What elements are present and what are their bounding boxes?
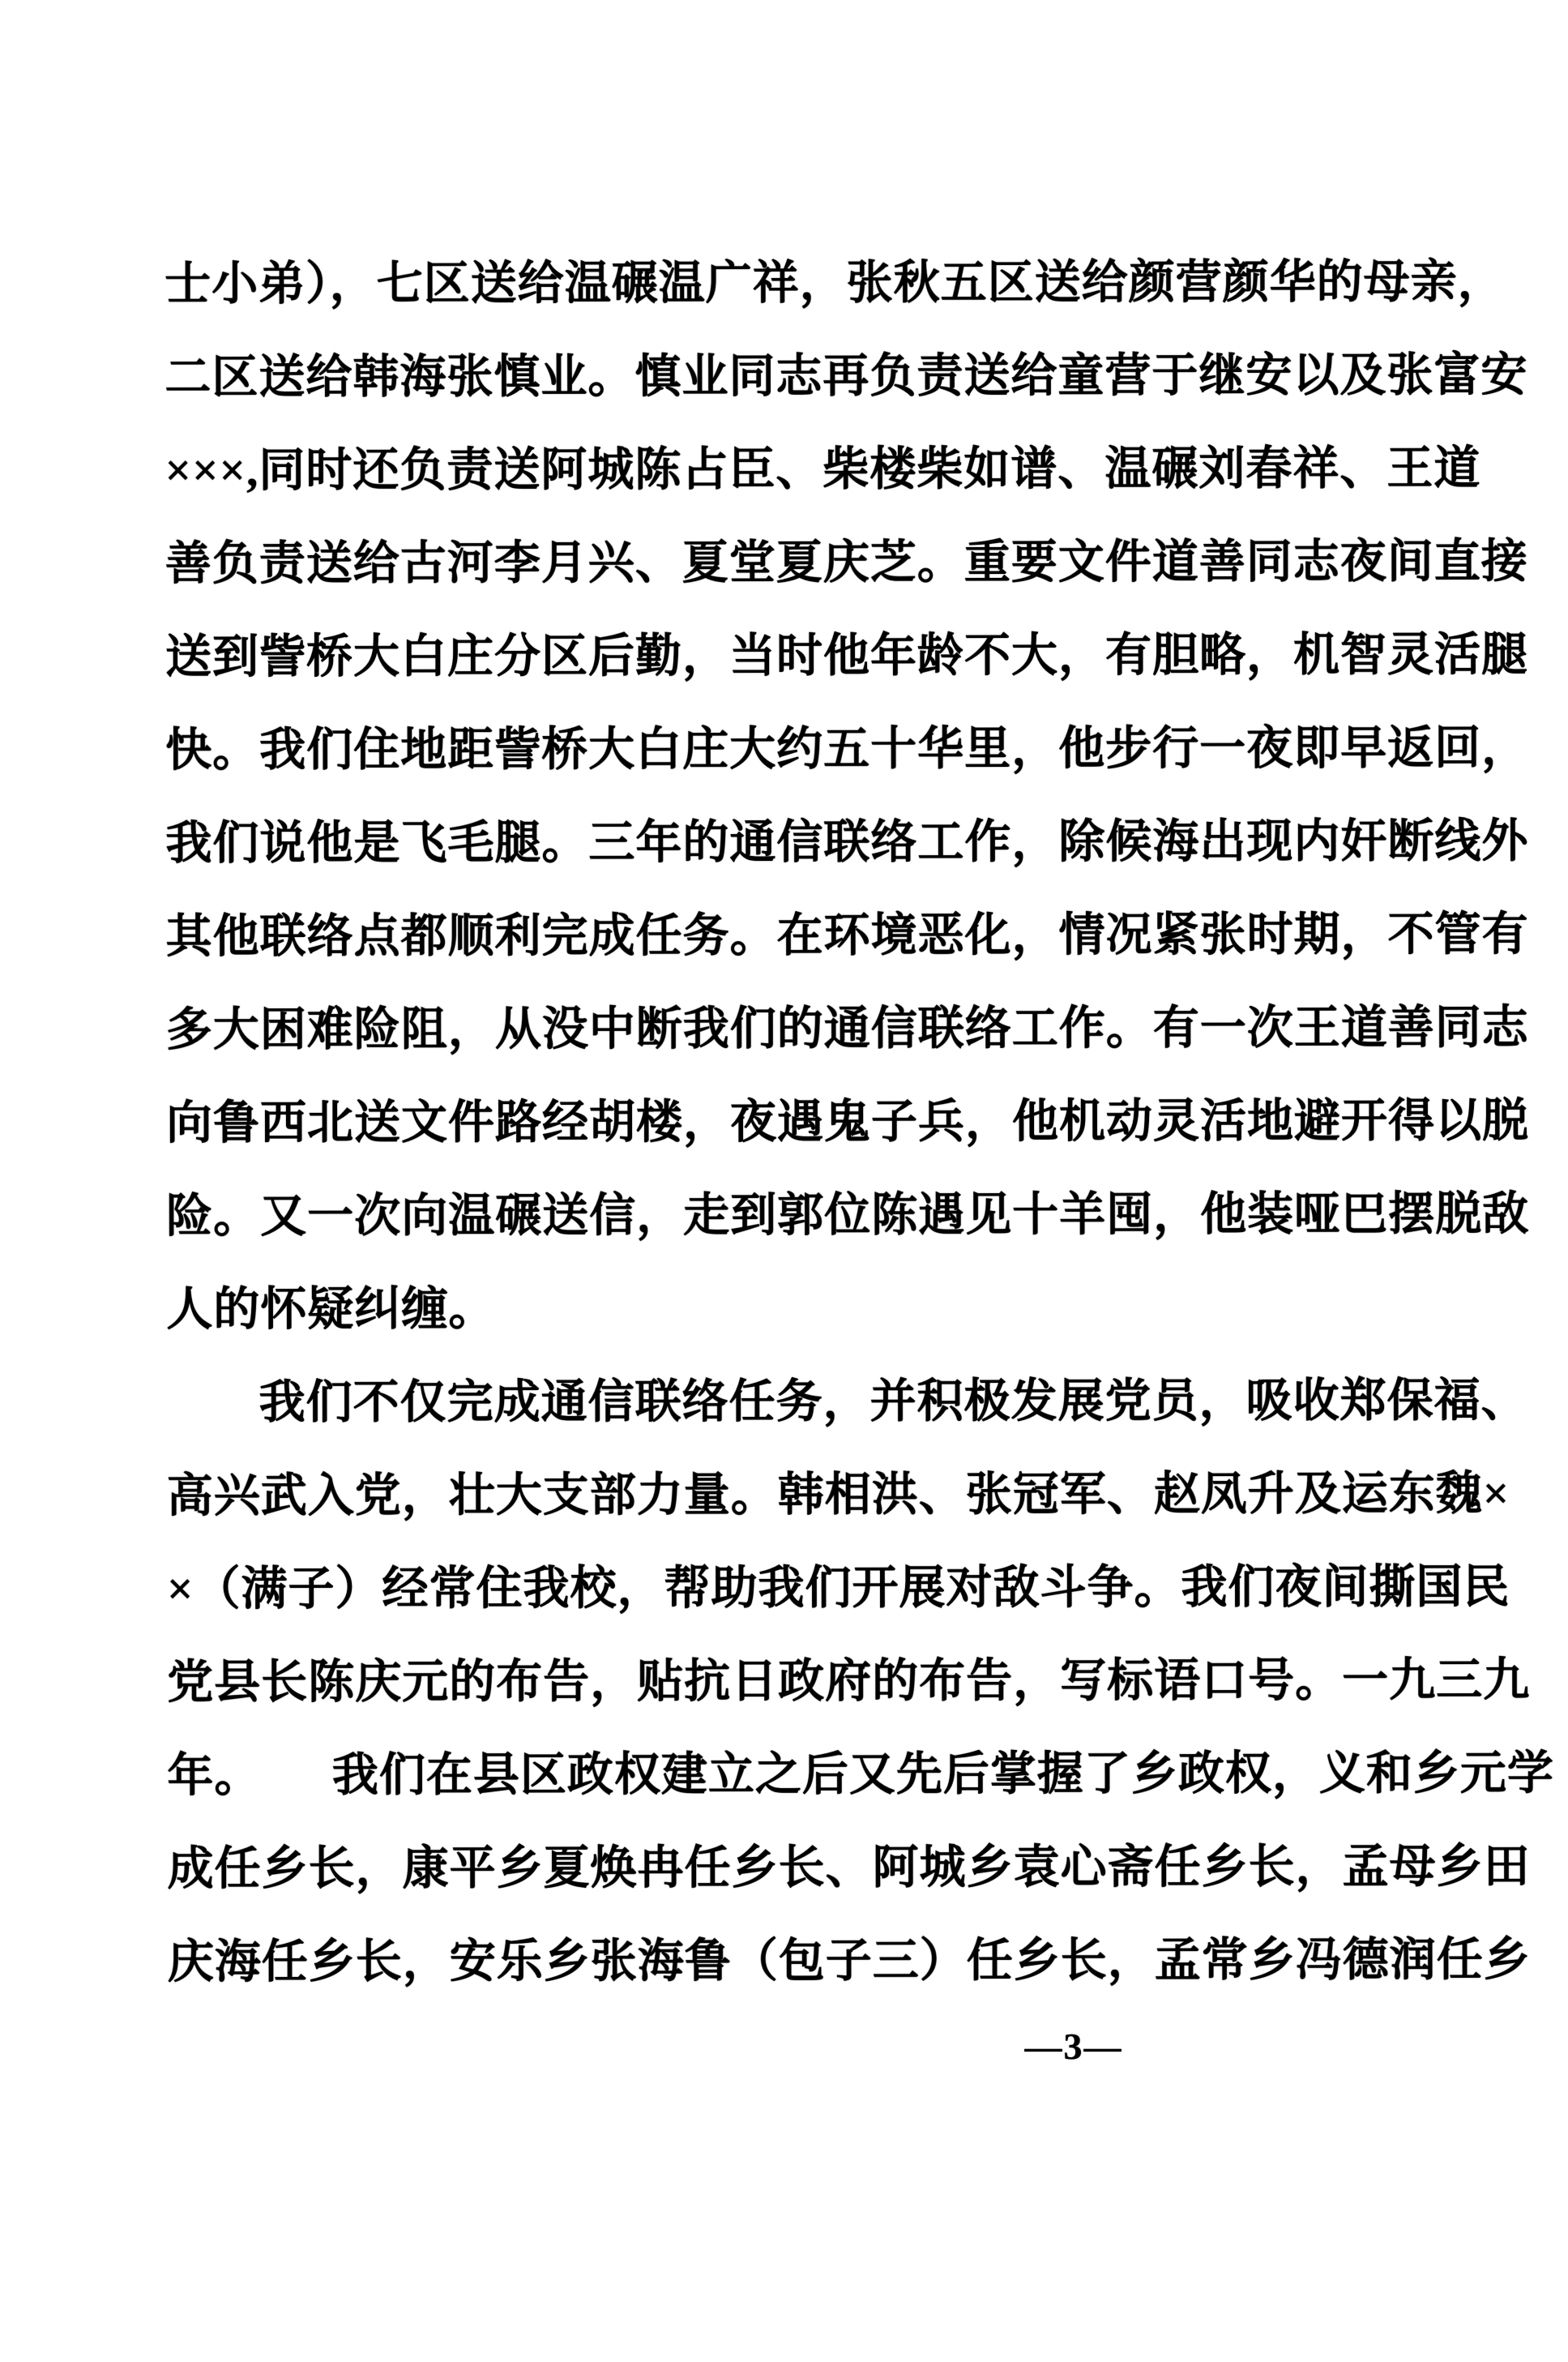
text-line: 二区送给韩海张慎业。慎业同志再负责送给童营于继安以及张富安 — [164, 329, 1374, 425]
text-line: 向鲁西北送文件路经胡楼，夜遇鬼子兵，他机动灵活地避开得以脱 — [166, 1075, 1375, 1170]
page-number: —3— — [985, 2025, 1163, 2068]
text-line: 快。我们住地距訾桥大白庄大约五十华里，他步行一夜即早返回， — [165, 702, 1374, 798]
text-line: 庆海任乡长，安乐乡张海鲁（包子三）任乡长，孟常乡冯德润任乡 — [168, 1914, 1377, 2009]
text-line: 党县长陈庆元的布告，贴抗日政府的布告，写标语口号。一九三九 — [167, 1634, 1376, 1730]
text-line: 多大困难险阻，从没中断我们的通信联络工作。有一次王道善同志 — [166, 982, 1375, 1077]
text-line: 送到訾桥大白庄分区后勤，当时他年龄不大，有胆略，机智灵活腿 — [165, 609, 1374, 704]
text-line: 士小弟），七区送给温碾温广祥，张秋五区送给颜营颜华的母亲， — [164, 236, 1374, 332]
text-line: 善负责送给古河李月兴、夏堂夏庆芝。重要文件道善同志夜间直接 — [165, 516, 1374, 611]
text-line: 年。 我们在县区政权建立之后又先后掌握了乡政权，义和乡元学 — [167, 1727, 1376, 1823]
text-line: 我们说他是飞毛腿。三年的通信联络工作，除候海出现内奸断线外 — [165, 795, 1374, 891]
text-line: 高兴武入党，壮大支部力量。韩相洪、张冠军、赵凤升及运东魏× — [167, 1448, 1376, 1543]
text-line: 我们不仅完成通信联络任务，并积极发展党员，吸收郑保福、 — [167, 1354, 1376, 1450]
text-line: 人的怀疑纠缠。 — [166, 1261, 1375, 1357]
text-line: 险。又一次向温碾送信，走到郭位陈遇见十羊囤，他装哑巴摆脱敌 — [166, 1168, 1375, 1264]
scanned-page: 士小弟），七区送给温碾温广祥，张秋五区送给颜营颜华的母亲，二区送给韩海张慎业。慎… — [0, 0, 1568, 2362]
text-line: 其他联络点都顺利完成任务。在环境恶化，情况紧张时期，不管有 — [165, 888, 1374, 984]
document-body: 士小弟），七区送给温碾温广祥，张秋五区送给颜营颜华的母亲，二区送给韩海张慎业。慎… — [164, 236, 1377, 2009]
text-line: ×××,同时还负责送阿城陈占臣、柴楼柴如谱、温碾刘春祥、王道 — [164, 422, 1374, 518]
text-line: ×（满子）经常住我校，帮助我们开展对敌斗争。我们夜间撕国民 — [167, 1541, 1376, 1637]
text-line: 成任乡长，康平乡夏焕冉任乡长、阿城乡袁心斋任乡长，孟母乡田 — [168, 1821, 1377, 1916]
